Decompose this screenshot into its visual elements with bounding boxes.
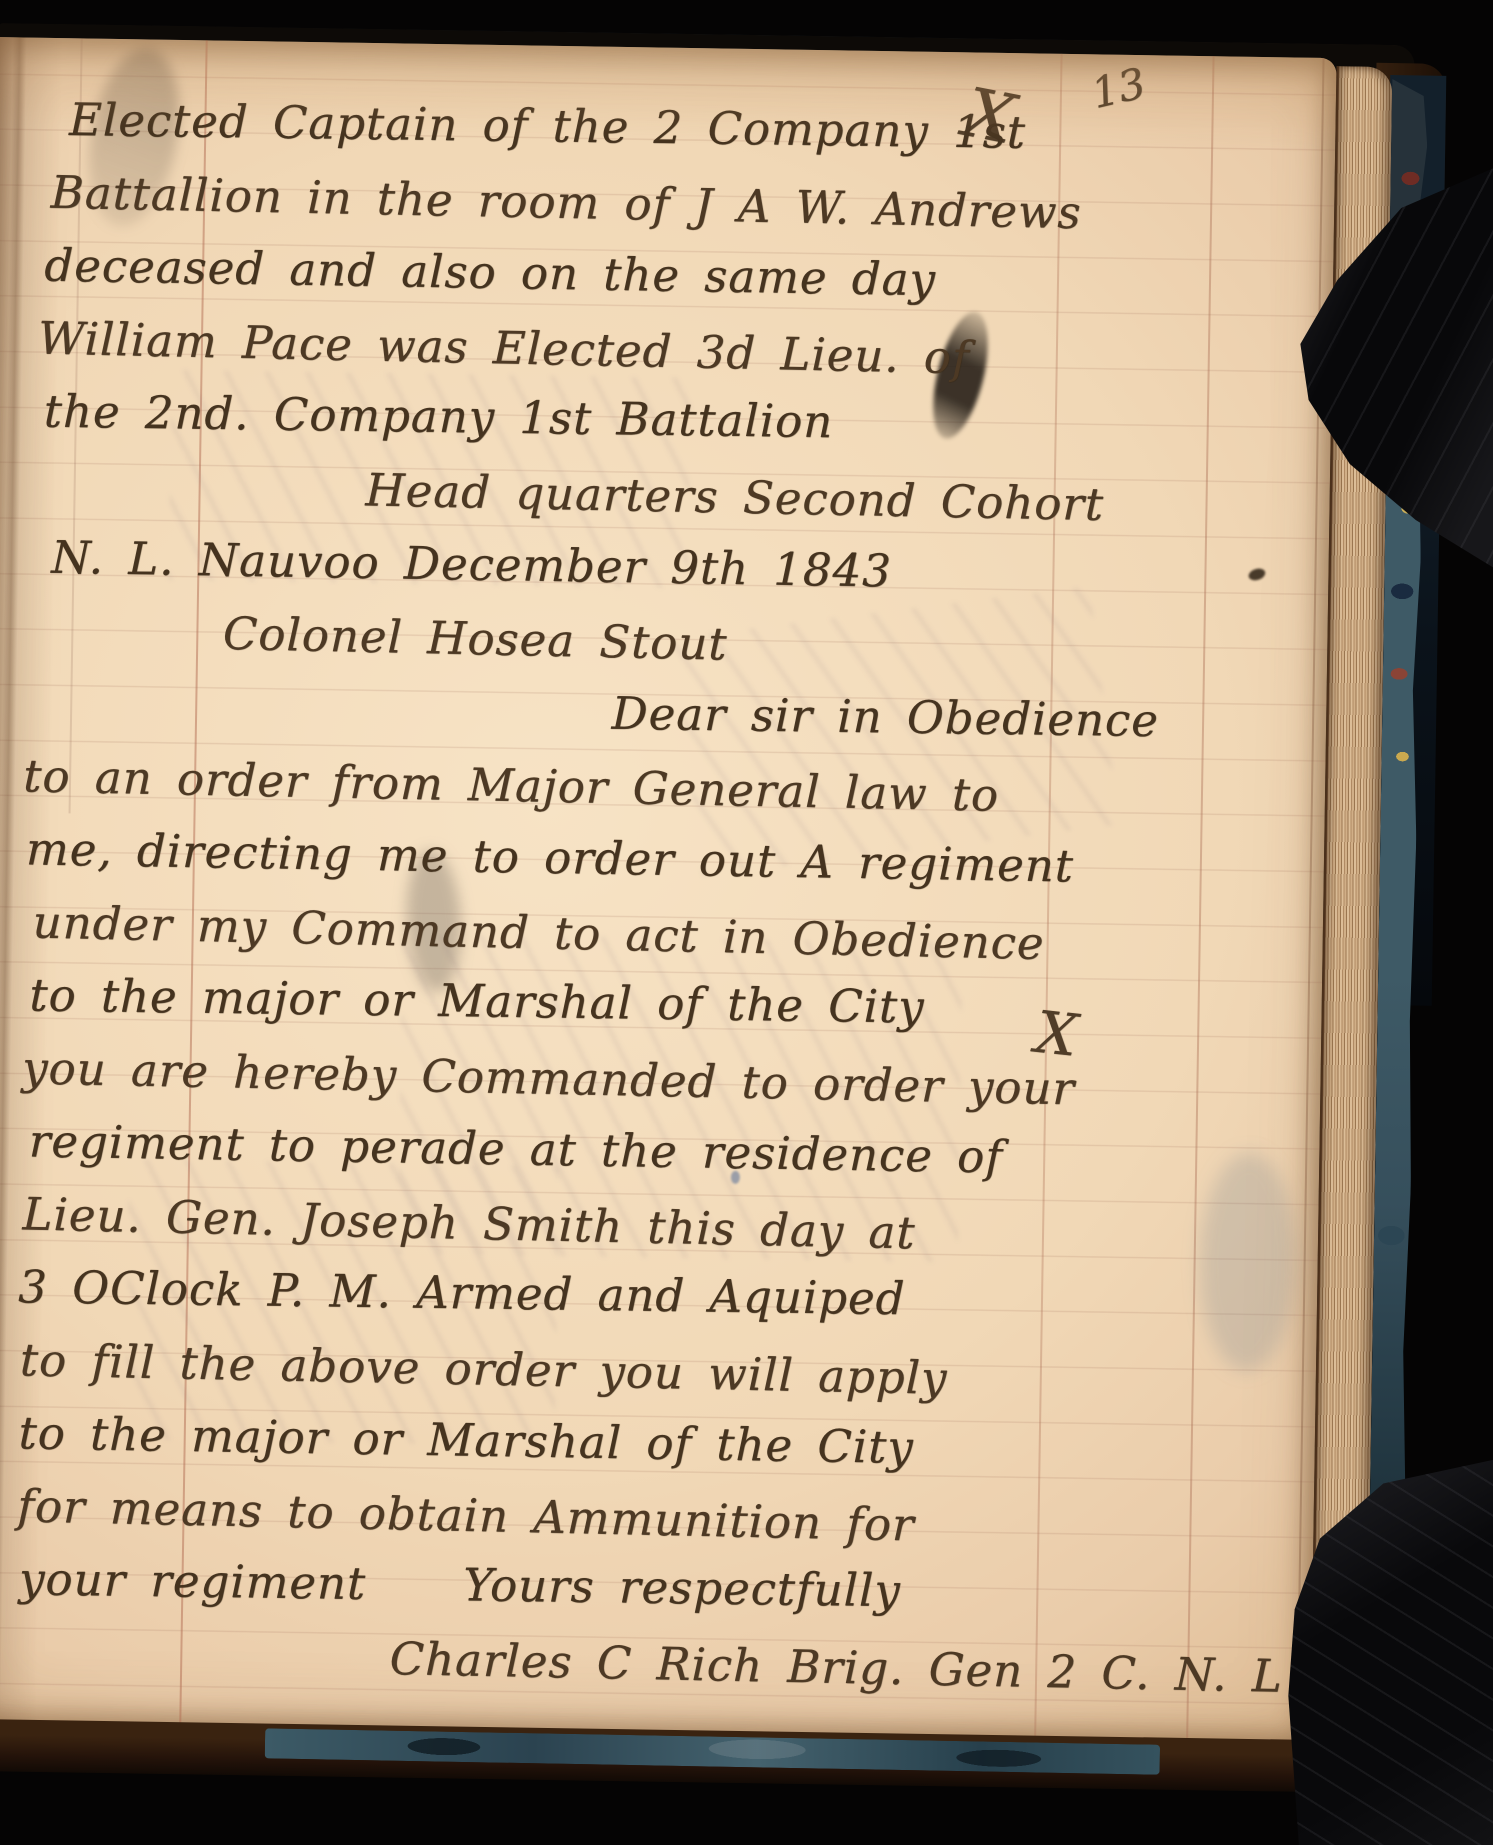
ink-smudge (76, 41, 192, 233)
ink-spot (731, 1171, 740, 1184)
manuscript-line: Charles C Rich Brig. Gen 2 C. N. L (389, 1636, 1283, 1699)
ink-smudge (403, 849, 465, 994)
ink-bleedthrough (398, 934, 963, 1263)
manuscript-line: to fill the above order you will apply (20, 1337, 948, 1400)
manuscript-page: X 13 X Elected Captain of the 2 Company … (0, 37, 1337, 1742)
journal-book: X 13 X Elected Captain of the 2 Company … (0, 23, 1447, 1794)
manuscript-line: 3 OClock P. M. Armed and Aquiped (18, 1264, 906, 1321)
insertion-x-mark: X (959, 79, 1020, 155)
manuscript-line: to the major or Marshal of the City (18, 1410, 914, 1470)
manuscript-line: Elected Captain of the 2 Company 1st (69, 97, 1026, 155)
manuscript-text: X 13 X Elected Captain of the 2 Company … (0, 36, 1338, 1744)
manuscript-line: deceased and also on the same day (44, 243, 936, 303)
page-fold-shadow (0, 37, 27, 1721)
manuscript-line: you are hereby Commanded to order your (22, 1045, 1076, 1111)
manuscript-line: Dear sir in Obedience (611, 691, 1159, 743)
ink-bleedthrough (673, 586, 1119, 876)
page-number: 13 (1088, 62, 1150, 115)
margin-rule-line (1034, 54, 1062, 1738)
ink-blot (923, 307, 999, 444)
margin-rule-line (179, 40, 207, 1724)
manuscript-line: Lieu. Gen. Joseph Smith this day at (22, 1191, 916, 1255)
manuscript-line: the 2nd. Company 1st Battalion (44, 389, 834, 445)
ink-bleedthrough (168, 370, 691, 588)
ink-stain (1198, 1152, 1297, 1371)
manuscript-line: William Pace was Elected 3d Lieu. of (38, 315, 970, 380)
manuscript-line: to the major or Marshal of the City (29, 972, 925, 1029)
ink-bleedthrough (125, 1159, 559, 1446)
manuscript-line: Battallion in the room of J A W. Andrews (50, 170, 1082, 236)
insertion-x-mark: X (1033, 1003, 1080, 1065)
margin-rule-line (69, 38, 83, 813)
manuscript-line: Colonel Hosea Stout (222, 611, 727, 667)
manuscript-line: your regiment Yours respectfully (19, 1556, 901, 1613)
ink-spot (1247, 567, 1266, 583)
manuscript-line: to an order from Major General law to (23, 753, 1000, 817)
manuscript-line: under my Command to act in Obedience (32, 899, 1045, 966)
manuscript-line: Head quarters Second Cohort (365, 467, 1104, 527)
margin-rule-line (1186, 56, 1214, 1740)
manuscript-line: me, directing me to order out A regiment (26, 826, 1075, 888)
manuscript-line: regiment to perade at the residence of (28, 1118, 1003, 1179)
manuscript-line: N. L. Nauvoo December 9th 1843 (51, 535, 892, 594)
photo-of-manuscript-notebook: { "page": { "number": "13", "marks": { "… (0, 0, 1493, 1845)
manuscript-line: for means to obtain Ammunition for (17, 1483, 915, 1547)
binding-cloth (265, 1728, 1160, 1774)
